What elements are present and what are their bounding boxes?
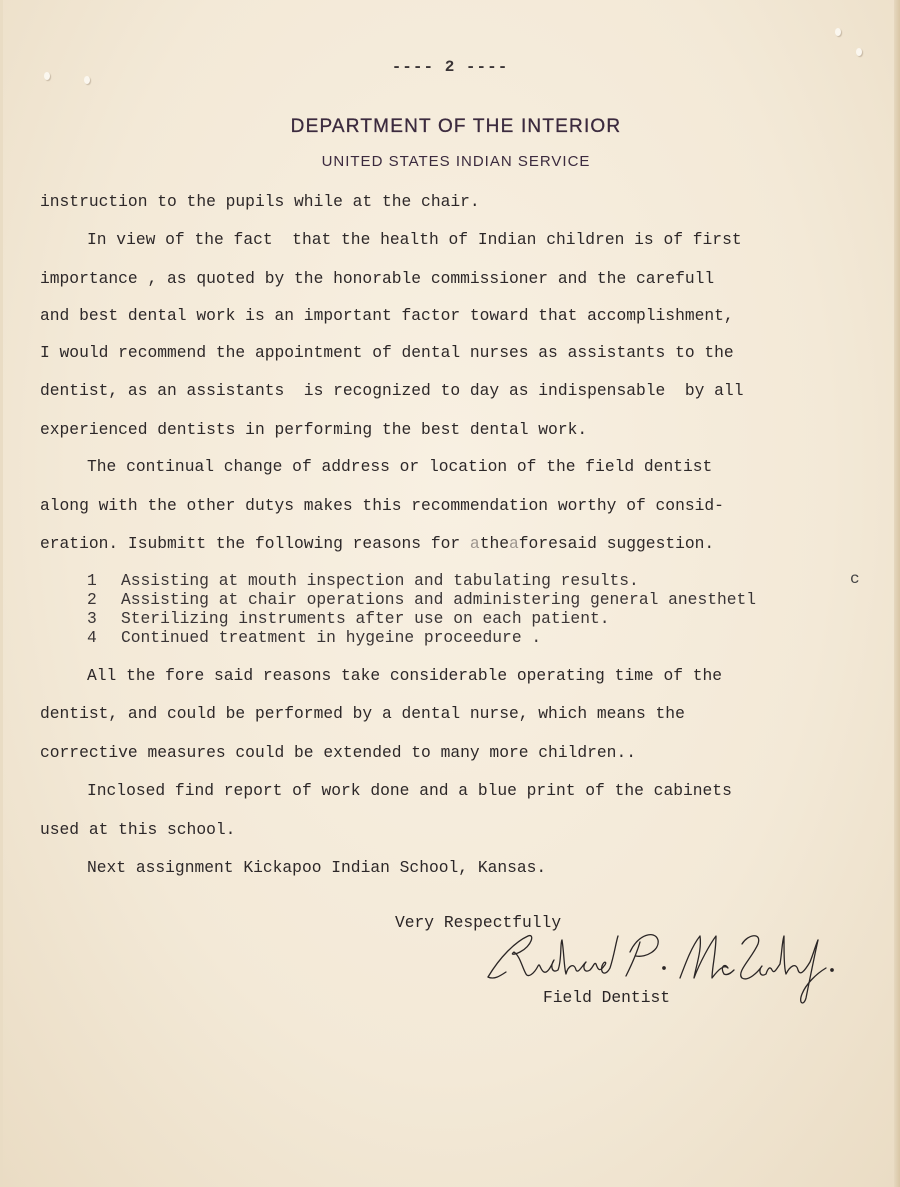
body-line: importance , as quoted by the honorable … xyxy=(40,269,714,288)
body-line: along with the other dutys makes this re… xyxy=(40,496,724,515)
paper-edge-right xyxy=(894,0,900,1187)
reason-text: Sterilizing instruments after use on eac… xyxy=(121,609,610,628)
body-line: All the fore said reasons take considera… xyxy=(87,666,722,685)
body-line: dentist, as an assistants is recognized … xyxy=(40,381,743,400)
staple-hole xyxy=(835,28,841,36)
letter-page: ---- 2 ---- DEPARTMENT OF THE INTERIOR U… xyxy=(0,0,900,1187)
body-line: and best dental work is an important fac… xyxy=(40,306,734,325)
body-line: used at this school. xyxy=(40,820,235,839)
page-number: ---- 2 ---- xyxy=(0,58,900,76)
reason-text: Assisting at mouth inspection and tabula… xyxy=(121,571,639,590)
paper-edge-left xyxy=(0,0,3,1187)
letterhead-department: DEPARTMENT OF THE INTERIOR xyxy=(0,116,900,138)
faint-typed-char: a xyxy=(509,534,519,553)
reason-item: 3Sterilizing instruments after use on ea… xyxy=(87,609,610,628)
reason-number: 2 xyxy=(87,590,121,609)
reason-number: 3 xyxy=(87,609,121,628)
margin-correction: c xyxy=(850,570,860,588)
body-line-text: foresaid suggestion. xyxy=(519,534,714,553)
body-line: Next assignment Kickapoo Indian School, … xyxy=(87,858,546,877)
reason-number: 1 xyxy=(87,571,121,590)
reason-item: 2Assisting at chair operations and admin… xyxy=(87,590,756,609)
body-line-with-correction: eration. Isubmitt the following reasons … xyxy=(40,534,714,553)
body-line: In view of the fact that the health of I… xyxy=(87,230,742,249)
letterhead-service: UNITED STATES INDIAN SERVICE xyxy=(0,153,900,170)
body-line: The continual change of address or locat… xyxy=(87,457,712,476)
body-line: corrective measures could be extended to… xyxy=(40,743,636,762)
signatory-title: Field Dentist xyxy=(543,988,670,1007)
body-line-text: eration. Isubmitt the following reasons … xyxy=(40,534,470,553)
body-line: dentist, and could be performed by a den… xyxy=(40,704,685,723)
staple-hole xyxy=(856,48,862,56)
body-line-text: the xyxy=(480,534,509,553)
body-line: experienced dentists in performing the b… xyxy=(40,420,587,439)
body-line: Inclosed find report of work done and a … xyxy=(87,781,732,800)
reason-text: Assisting at chair operations and admini… xyxy=(121,590,756,609)
staple-hole xyxy=(84,76,90,84)
body-line: instruction to the pupils while at the c… xyxy=(40,192,480,211)
reason-item: 1Assisting at mouth inspection and tabul… xyxy=(87,571,639,590)
faint-typed-char: a xyxy=(470,534,480,553)
reason-text: Continued treatment in hygeine proceedur… xyxy=(121,628,541,647)
reason-number: 4 xyxy=(87,628,121,647)
body-line: I would recommend the appointment of den… xyxy=(40,343,734,362)
reason-item: 4Continued treatment in hygeine proceedu… xyxy=(87,628,541,647)
